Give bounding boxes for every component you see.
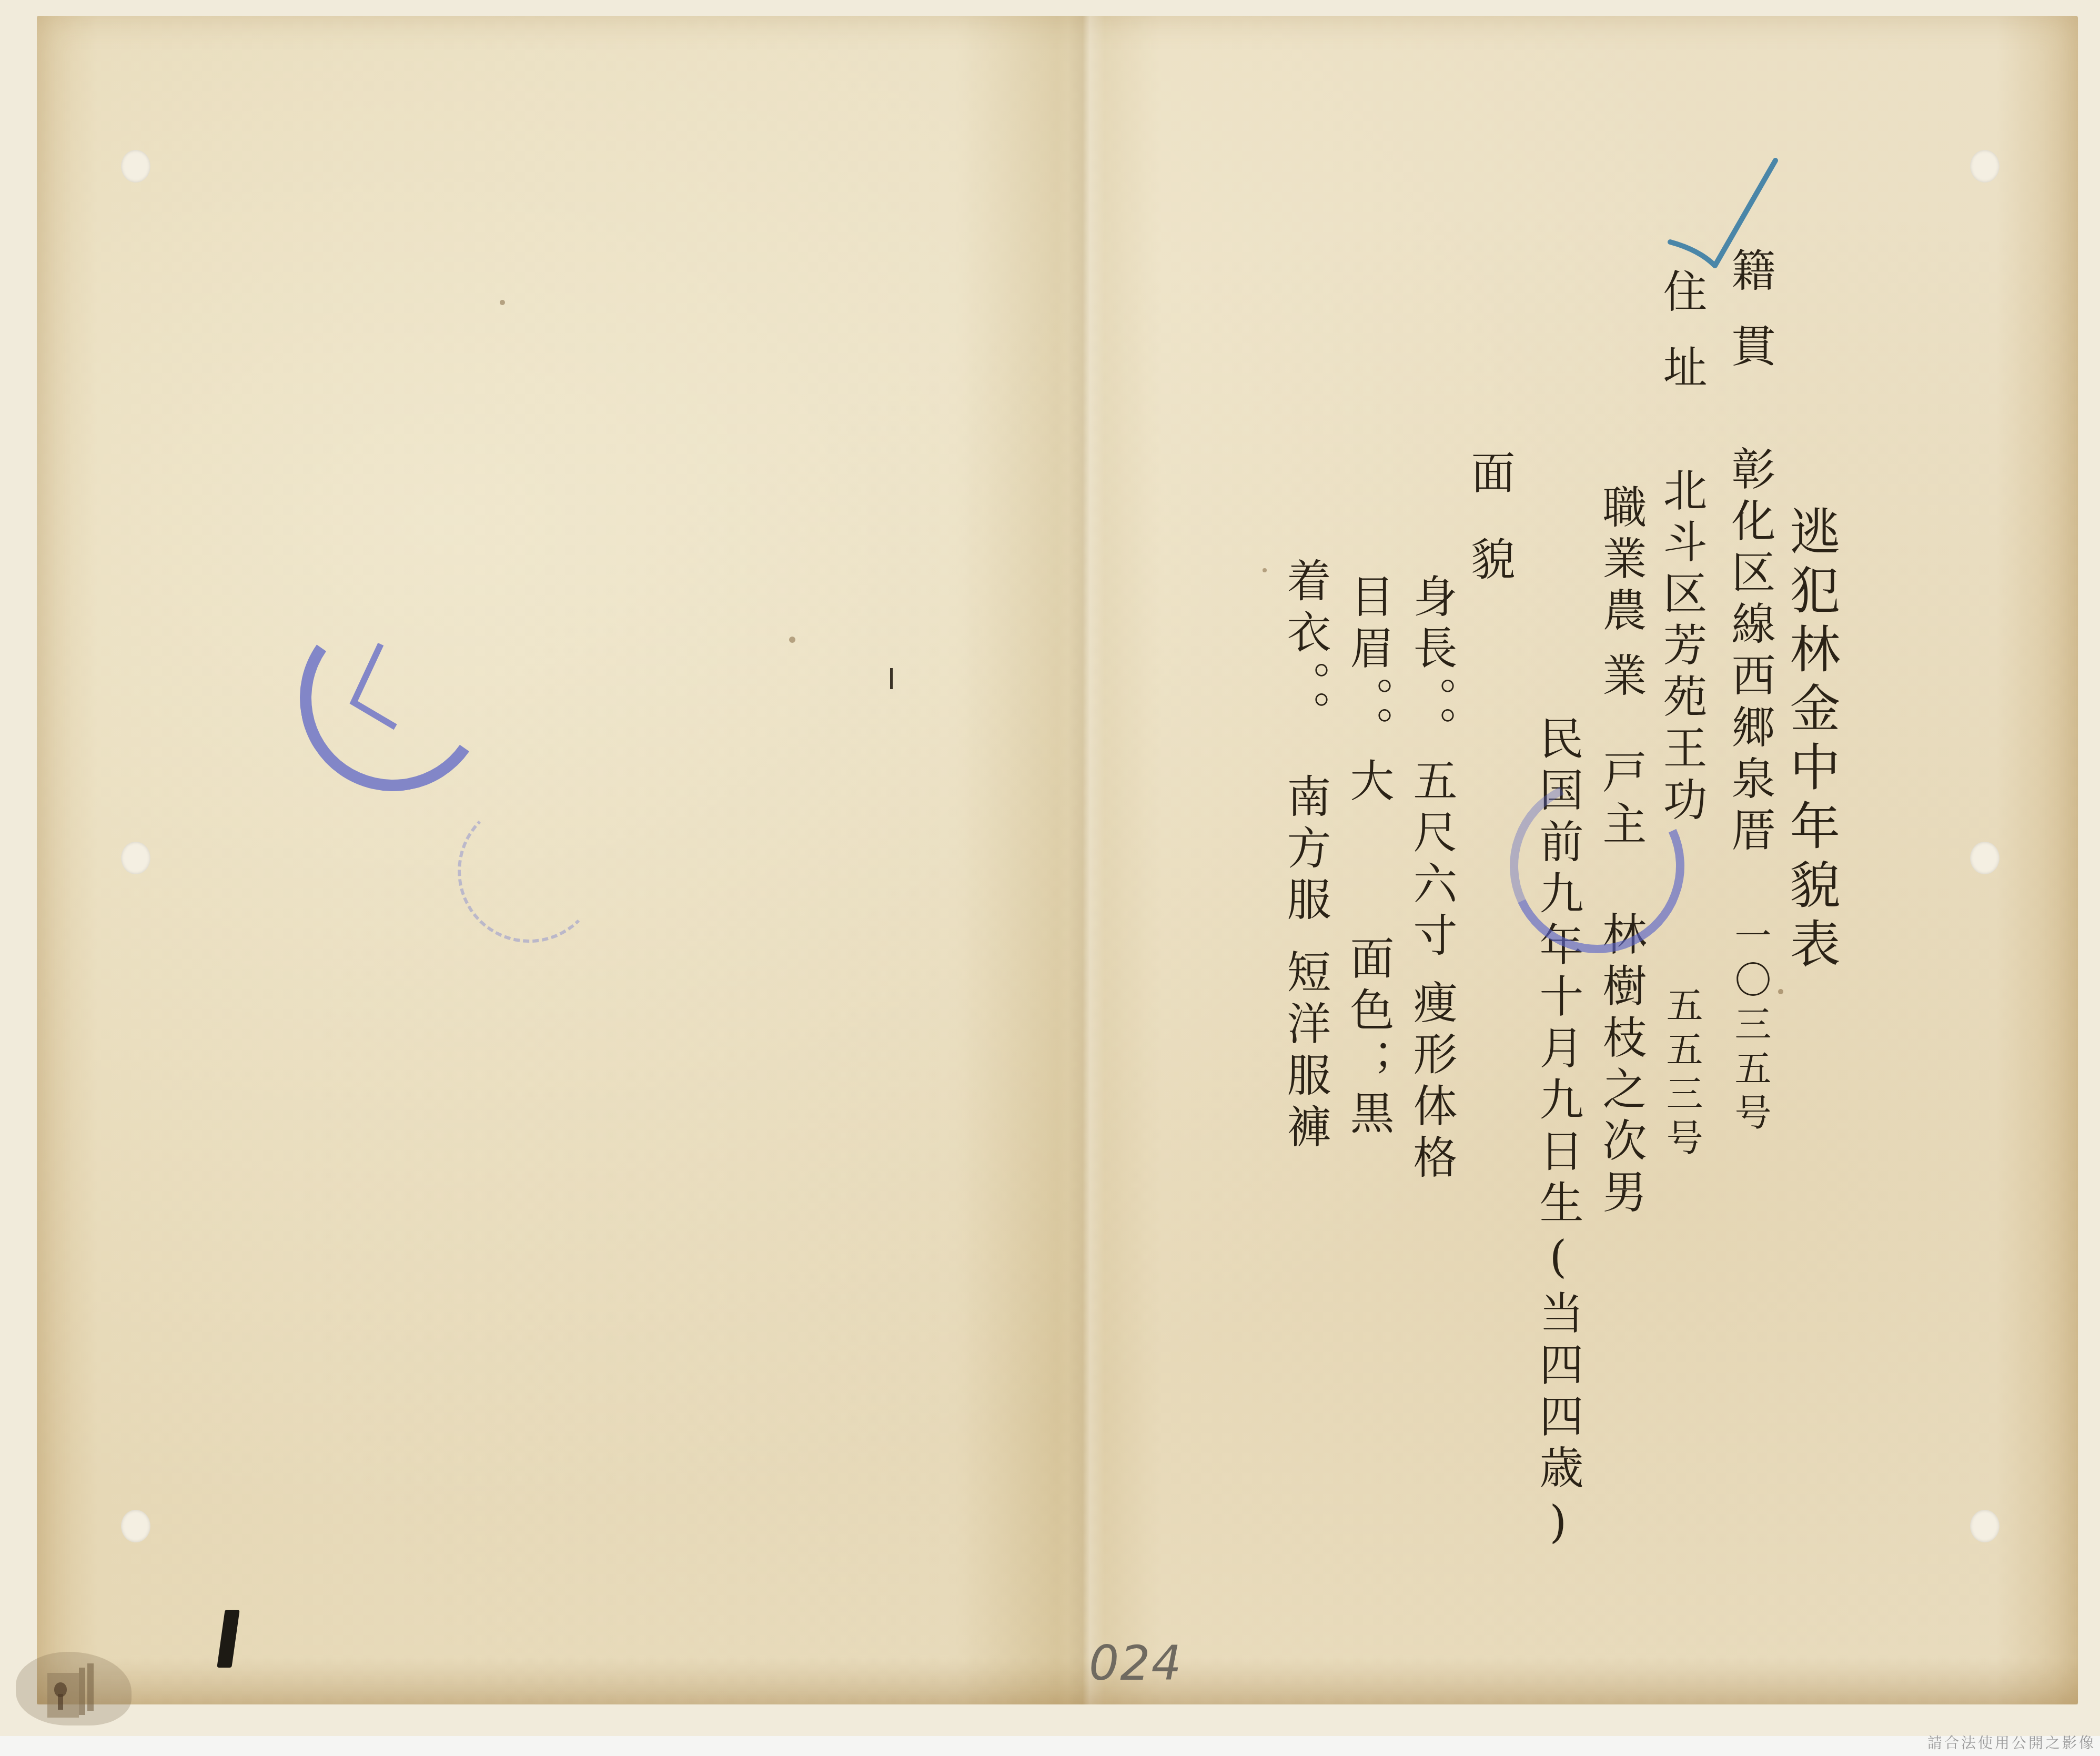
native-place-label: 籍貫	[1728, 247, 1772, 399]
leader-marks: 。。	[1347, 677, 1391, 758]
complexion-value: 黒	[1347, 1090, 1391, 1142]
occupation-value: 農業	[1599, 587, 1643, 718]
field-eyebrows: 目眉。。大面色；黒	[1347, 573, 1391, 1142]
usage-watermark: 請合法使用公開之影像	[1927, 1732, 2096, 1753]
paper-speck	[500, 300, 505, 305]
binding-hole	[121, 842, 150, 874]
title-text: 逃犯林金中年貌表	[1786, 505, 1836, 976]
stained-bottom-edge	[37, 1657, 2078, 1704]
appearance-heading: 面貌	[1468, 450, 1512, 622]
seal-frame-icon	[322, 625, 444, 748]
field-native-place: 籍貫彰化区線西郷泉厝一〇三五号	[1728, 247, 1772, 1137]
native-place-value: 彰化区線西郷泉厝	[1728, 446, 1772, 859]
book-keyhole-icon	[42, 1657, 105, 1720]
binding-hole	[1970, 1510, 2000, 1542]
binding-hole	[121, 150, 150, 183]
field-clothing: 着衣。。南方服短洋服褲	[1284, 558, 1328, 1155]
clothing-extra: 短洋服褲	[1284, 949, 1328, 1155]
leader-marks: 。。	[1410, 677, 1454, 758]
height-label: 身長	[1410, 573, 1454, 677]
height-value: 五尺六寸	[1410, 758, 1454, 964]
paper-speck	[1778, 989, 1783, 994]
eyebrows-value: 大	[1347, 758, 1391, 809]
page-number: 024	[1089, 1636, 1183, 1691]
appearance-heading-text: 面貌	[1468, 450, 1512, 622]
field-height: 身長。。五尺六寸痩形体格	[1410, 573, 1454, 1186]
binding-hole	[1970, 150, 2000, 183]
age-note: (当四四歳)	[1536, 1231, 1580, 1555]
binding-hole	[121, 1510, 150, 1542]
binding-hole	[1970, 842, 2000, 874]
address-value: 北斗区芳苑王功	[1660, 467, 1704, 828]
field-address: 住址北斗区芳苑王功五五三号	[1660, 268, 1704, 1163]
clothing-label: 着衣	[1284, 558, 1328, 661]
leader-marks: 。。	[1284, 661, 1328, 742]
document-title: 逃犯林金中年貌表	[1786, 505, 1836, 976]
occupation-label: 職業	[1599, 484, 1643, 587]
build-value: 痩形体格	[1410, 980, 1454, 1186]
faint-seal-stamp	[458, 800, 601, 943]
separator: ；	[1347, 1038, 1391, 1090]
clothing-value: 南方服	[1284, 773, 1328, 928]
center-fold	[1068, 16, 1105, 1704]
eyebrows-label: 目眉	[1347, 573, 1391, 677]
address-label: 住址	[1660, 268, 1704, 420]
complexion-label: 面色	[1347, 935, 1391, 1038]
watermark-bar: 請合法使用公開之影像	[0, 1736, 2100, 1756]
ink-mark	[890, 668, 893, 689]
paper-speck	[1263, 568, 1267, 572]
address-number: 五五三号	[1663, 986, 1700, 1163]
native-place-number: 一〇三五号	[1732, 916, 1769, 1137]
paper-speck	[789, 637, 795, 643]
